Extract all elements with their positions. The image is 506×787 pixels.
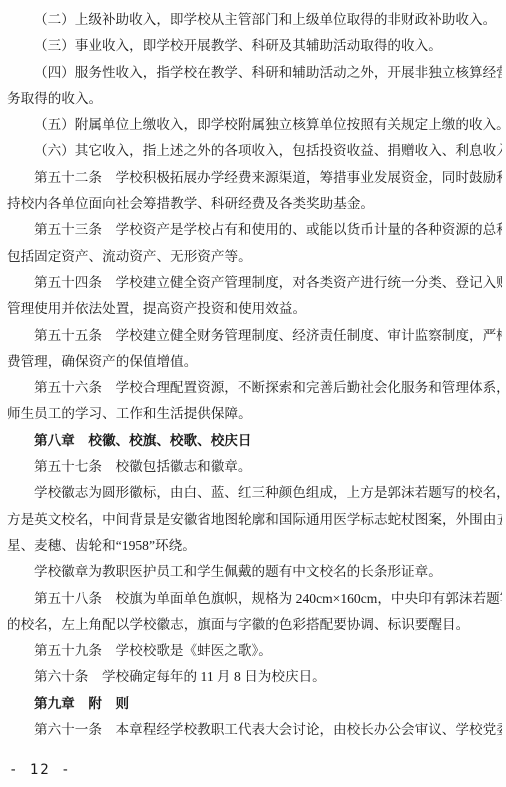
text-line: 费管理，确保资产的保值增值。 — [7, 349, 502, 375]
text-line: 第五十三条 学校资产是学校占有和使用的、或能以货币计量的各种资源的总和， — [7, 217, 502, 243]
text-line: 学校徽志为圆形徽标，由白、蓝、红三种颜色组成，上方是郭沫若题写的校名，下 — [7, 480, 502, 506]
text-line: 第五十七条 校徽包括徽志和徽章。 — [7, 454, 502, 480]
text-line: 第五十八条 校旗为单面单色旗帜，规格为 240cm×160cm，中央印有郭沫若题… — [7, 586, 502, 612]
text-line: （二）上级补助收入，即学校从主管部门和上级单位取得的非财政补助收入。 — [7, 7, 502, 33]
text-line: （六）其它收入，指上述之外的各项收入，包括投资收益、捐赠收入、利息收入等。 — [7, 138, 502, 164]
text-line: 第五十六条 学校合理配置资源，不断探索和完善后勤社会化服务和管理体系，为 — [7, 375, 502, 401]
chapter-heading: 第八章 校徽、校旗、校歌、校庆日 — [7, 428, 502, 454]
text-line: 第六十一条 本章程经学校教职工代表大会讨论，由校长办公会审议、学校党委会 — [7, 717, 502, 743]
text-line: 第五十四条 学校建立健全资产管理制度，对各类资产进行统一分类、登记入账、 — [7, 270, 502, 296]
text-line: 包括固定资产、流动资产、无形资产等。 — [7, 244, 502, 270]
page-number: - 12 - — [9, 762, 72, 778]
text-line: 务取得的收入。 — [7, 86, 502, 112]
text-line: 持校内各单位面向社会筹措教学、科研经费及各类奖助基金。 — [7, 191, 502, 217]
text-line: （三）事业收入，即学校开展教学、科研及其辅助活动取得的收入。 — [7, 33, 502, 59]
text-line: （五）附属单位上缴收入，即学校附属独立核算单位按照有关规定上缴的收入。 — [7, 112, 502, 138]
text-line: 第六十条 学校确定每年的 11 月 8 日为校庆日。 — [7, 664, 502, 690]
text-line: 第五十二条 学校积极拓展办学经费来源渠道，筹措事业发展资金，同时鼓励和支 — [7, 165, 502, 191]
text-line: 第五十九条 学校校歌是《蚌医之歌》。 — [7, 638, 502, 664]
document-lines: （二）上级补助收入，即学校从主管部门和上级单位取得的非财政补助收入。（三）事业收… — [7, 7, 502, 743]
text-line: 师生员工的学习、工作和生活提供保障。 — [7, 401, 502, 427]
text-line: 的校名，左上角配以学校徽志，旗面与字徽的色彩搭配要协调、标识要醒目。 — [7, 612, 502, 638]
chapter-heading: 第九章 附 则 — [7, 691, 502, 717]
text-line: 管理使用并依法处置，提高资产投资和使用效益。 — [7, 296, 502, 322]
text-line: 学校徽章为教职医护员工和学生佩戴的题有中文校名的长条形证章。 — [7, 559, 502, 585]
text-line: 方是英文校名，中间背景是安徽省地图轮廓和国际通用医学标志蛇杖图案，外围由五角 — [7, 507, 502, 533]
document-page: （二）上级补助收入，即学校从主管部门和上级单位取得的非财政补助收入。（三）事业收… — [0, 0, 506, 787]
text-line: （四）服务性收入，指学校在教学、科研和辅助活动之外，开展非独立核算经营服 — [7, 60, 502, 86]
text-line: 星、麦穗、齿轮和“1958”环绕。 — [7, 533, 502, 559]
text-line: 第五十五条 学校建立健全财务管理制度、经济责任制度、审计监察制度，严格经 — [7, 323, 502, 349]
